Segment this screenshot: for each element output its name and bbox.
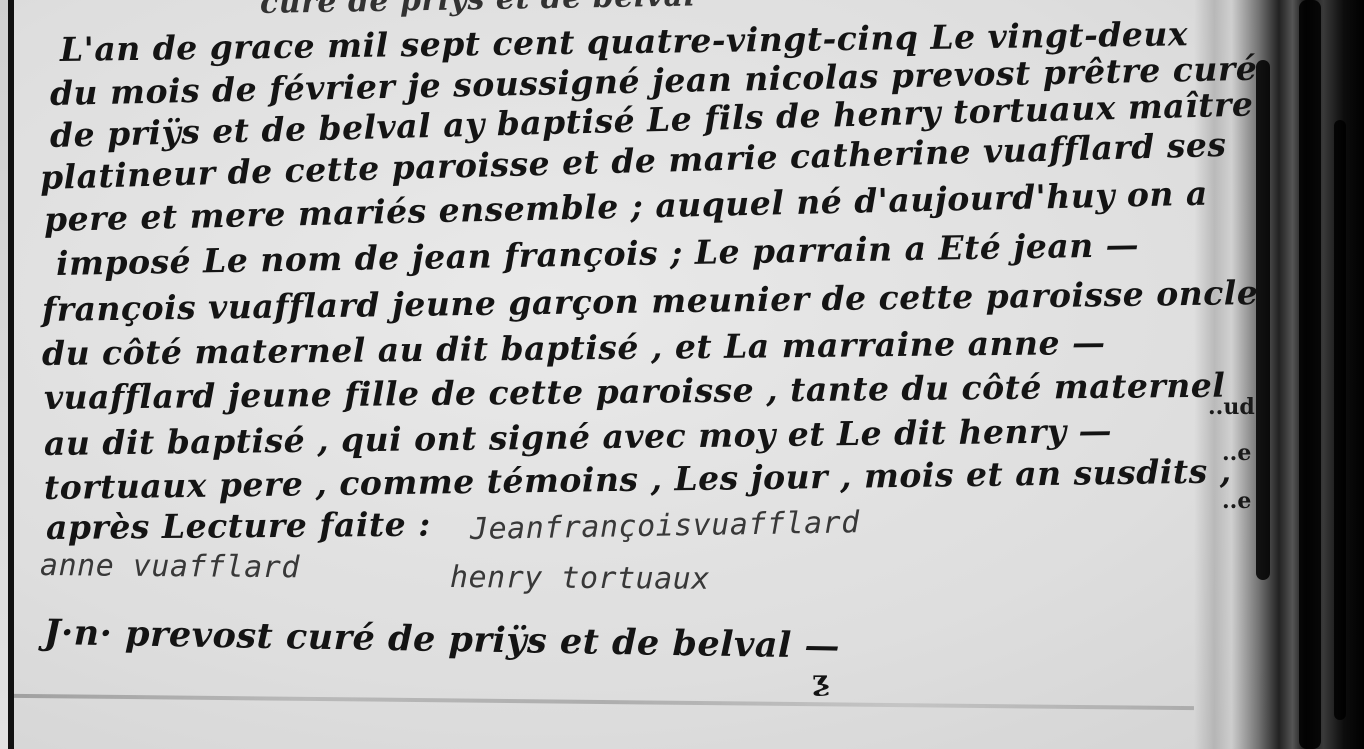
binding-streak: [1334, 120, 1346, 720]
page-bottom-edge: [14, 694, 1194, 710]
record-line-8: du côté maternel au dit baptisé , et La …: [42, 323, 1106, 373]
record-line-9: vuafflard jeune fille de cette paroisse …: [44, 366, 1226, 417]
scanned-register-page: curé de priÿs et de belval L'an de grace…: [0, 0, 1364, 749]
signature-father: henry tortuaux: [450, 560, 710, 597]
binding-streak: [1299, 0, 1321, 749]
closing-flourish: ƺ: [812, 664, 830, 697]
record-line-12: après Lecture faite :: [46, 505, 431, 547]
left-margin-rule: [8, 0, 14, 749]
record-line-7: françois vuafflard jeune garçon meunier …: [42, 273, 1259, 329]
margin-note-1: ..ud: [1208, 394, 1255, 420]
left-margin-edge: [0, 0, 8, 749]
signature-godfather: Jeanfrançoisvuafflard: [470, 505, 860, 547]
signature-priest: J·n· prevost curé de priÿs et de belval …: [44, 612, 841, 667]
signature-godmother: anne vuafflard: [40, 548, 300, 585]
margin-note-2: ..e: [1222, 440, 1251, 466]
header-fragment: curé de priÿs et de belval: [260, 0, 696, 21]
margin-note-3: ..e: [1222, 488, 1251, 514]
binding-streak: [1256, 60, 1270, 580]
